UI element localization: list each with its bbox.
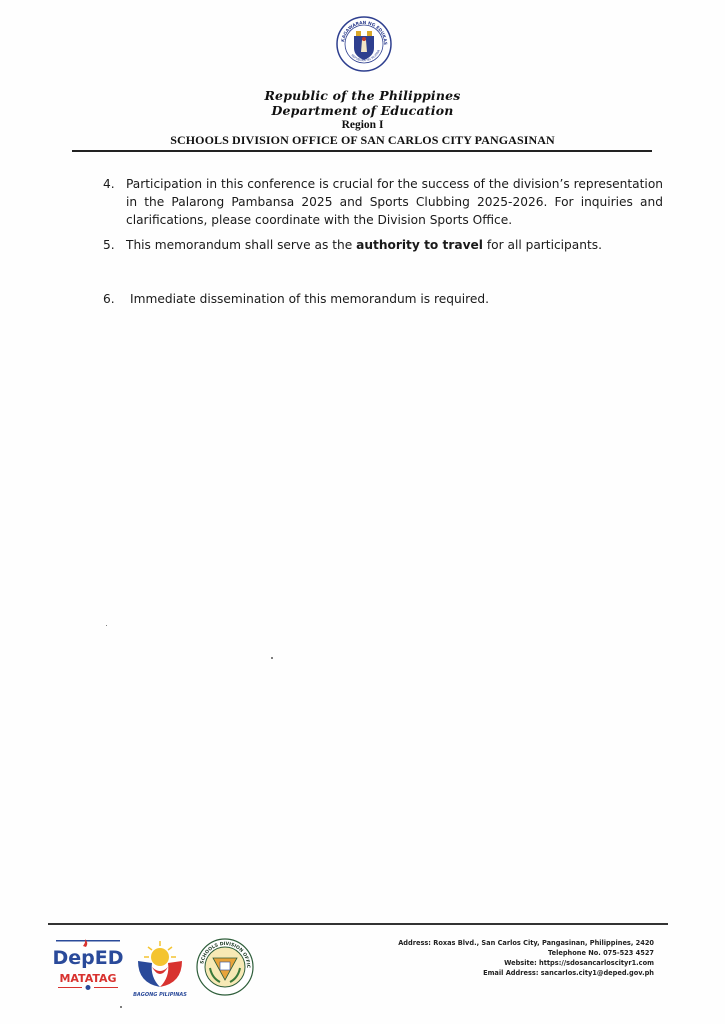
svg-text:DepED: DepED <box>52 947 123 969</box>
telephone-line: Telephone No. 075-523 4527 <box>398 948 654 958</box>
memo-item-4: 4. Participation in this conference is c… <box>103 175 663 229</box>
scan-speck <box>120 1006 122 1008</box>
footer-divider <box>48 923 668 925</box>
republic-heading: Republic of the Philippines <box>0 88 725 103</box>
item-number: 4. <box>103 175 115 193</box>
svg-text:BAGONG PILIPINAS: BAGONG PILIPINAS <box>133 992 187 998</box>
contact-info: Address: Roxas Blvd., San Carlos City, P… <box>398 938 654 978</box>
letterhead: Republic of the Philippines Department o… <box>0 88 725 148</box>
bagong-pilipinas-logo: BAGONG PILIPINAS <box>130 937 190 999</box>
item-text: This memorandum shall serve as the autho… <box>126 236 663 254</box>
memo-item-6: 6. Immediate dissemination of this memor… <box>103 290 663 308</box>
item-text: Participation in this conference is cruc… <box>126 175 663 229</box>
website-link[interactable]: Website: https://sdosancarloscityr1.com <box>398 958 654 968</box>
region-heading: Region I <box>0 118 725 133</box>
item-text-before: This memorandum shall serve as the <box>126 238 356 252</box>
memorandum-page: KAGAWARAN NG EDUKASYON REPUBLIKA NG PILI… <box>0 0 725 1024</box>
item-number: 5. <box>103 236 115 254</box>
svg-text:MATATAG: MATATAG <box>59 972 116 985</box>
item-number: 6. <box>103 290 115 308</box>
authority-to-travel-emphasis: authority to travel <box>356 238 483 252</box>
department-heading: Department of Education <box>0 103 725 118</box>
header-divider <box>72 150 652 152</box>
email-link[interactable]: Email Address: sancarlos.city1@deped.gov… <box>398 968 654 978</box>
scan-speck <box>271 657 273 659</box>
deped-seal-icon: KAGAWARAN NG EDUKASYON REPUBLIKA NG PILI… <box>336 16 392 72</box>
schools-division-office-seal: SCHOOLS DIVISION OFFICE <box>196 938 254 996</box>
memo-item-5: 5. This memorandum shall serve as the au… <box>103 236 663 254</box>
item-text: Immediate dissemination of this memorand… <box>130 290 663 308</box>
deped-matatag-logo: DepED MATATAG <box>52 938 124 994</box>
office-heading: SCHOOLS DIVISION OFFICE OF SAN CARLOS CI… <box>0 133 725 148</box>
address-line: Address: Roxas Blvd., San Carlos City, P… <box>398 938 654 948</box>
item-text-after: for all participants. <box>483 238 602 252</box>
scan-speck <box>106 625 107 626</box>
